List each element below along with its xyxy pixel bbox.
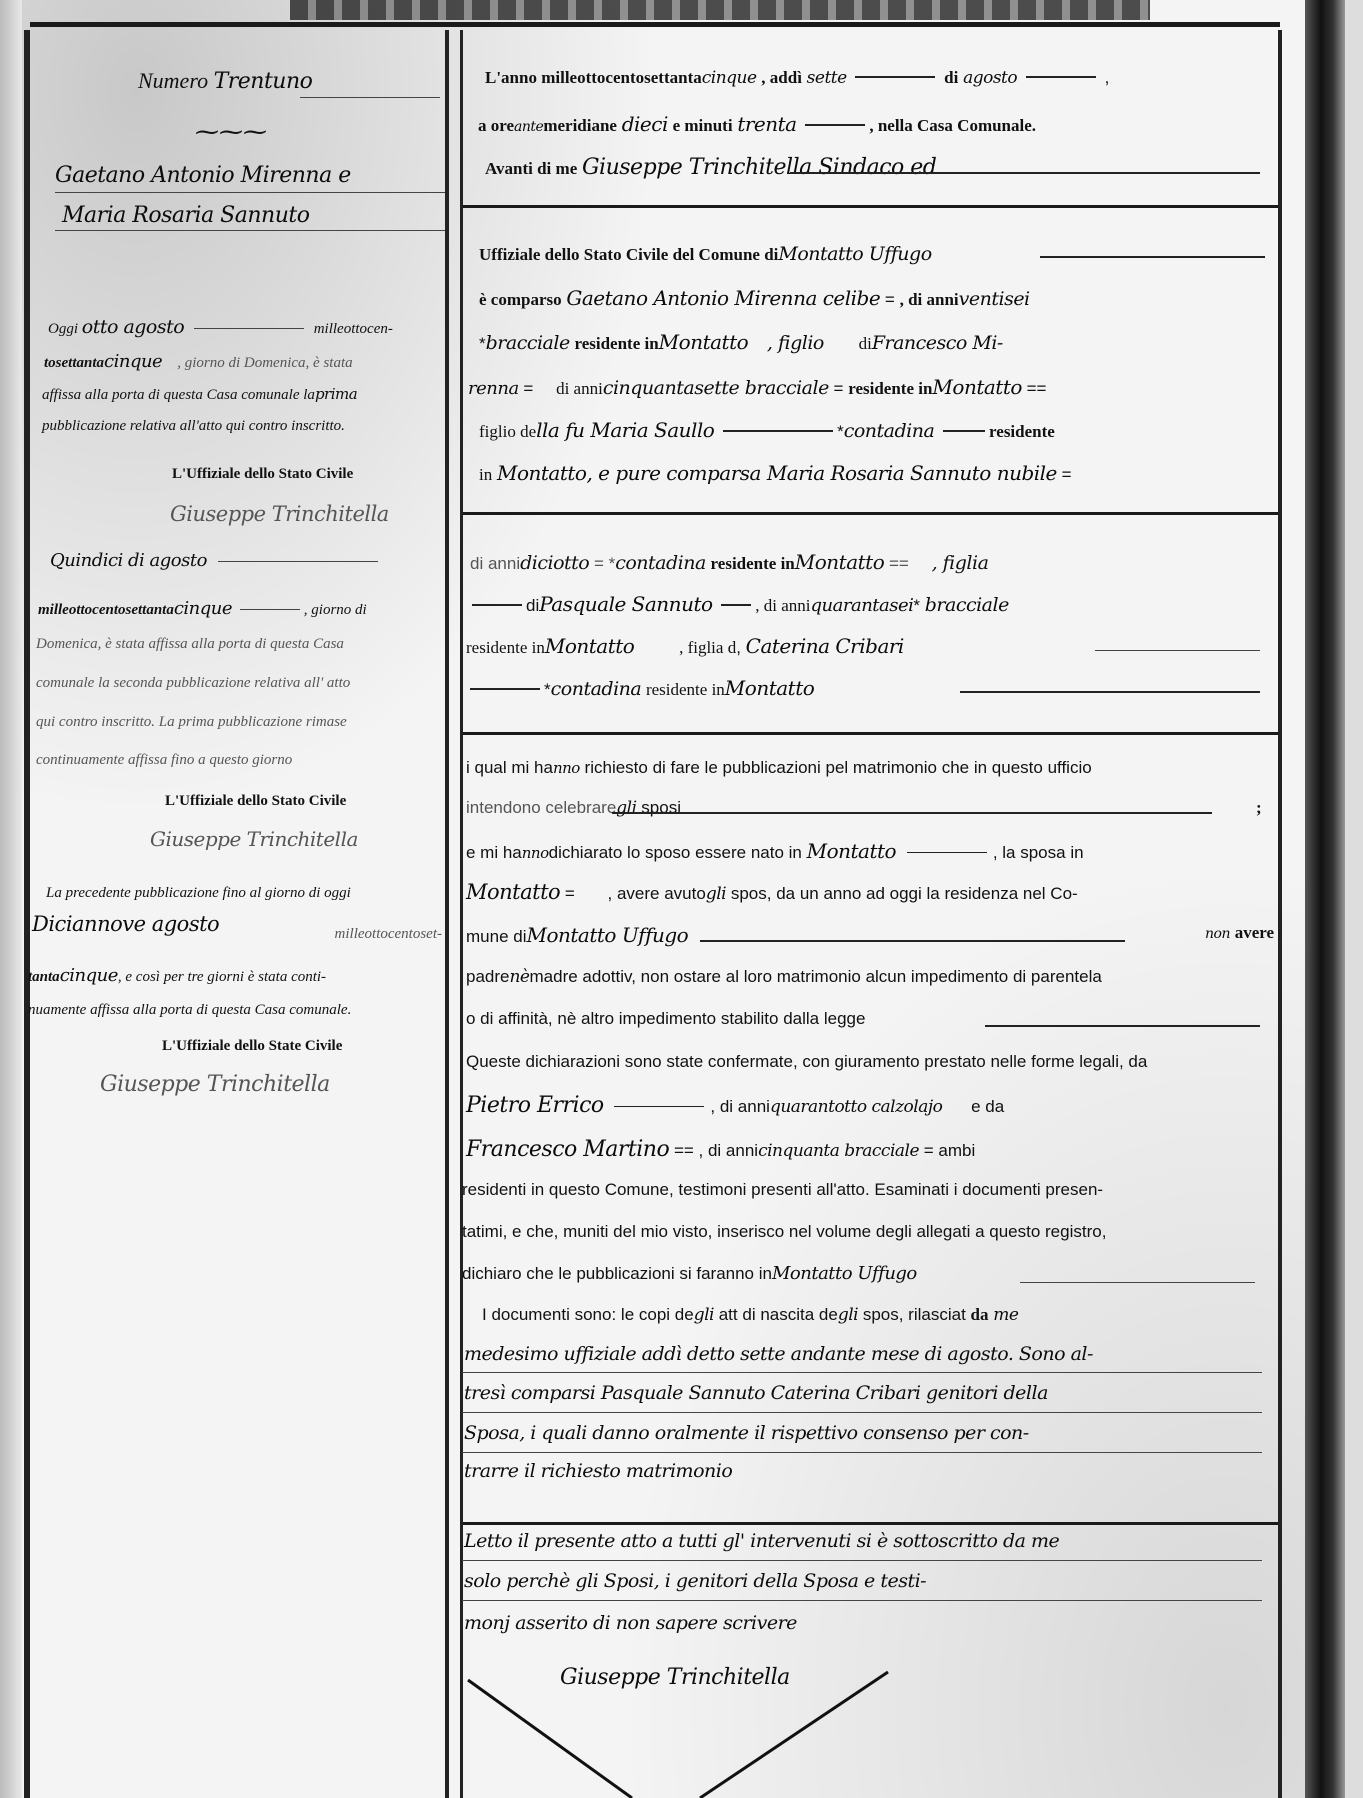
text: richiesto di fare le pubblicazioni pel m…: [585, 758, 1092, 777]
handwritten-father-age: quarantasei: [811, 595, 914, 616]
text: residente: [989, 422, 1055, 441]
handwritten-ante: ante: [514, 119, 543, 135]
handwritten-bride-mother: Caterina Cribari: [746, 634, 904, 658]
final-note-line2: Diciannove agosto milleottocentoset-: [32, 912, 442, 936]
handwritten-article: gli: [616, 798, 636, 818]
s4-line10: Francesco Martino == , di annicinquanta …: [466, 1137, 975, 1162]
text: da: [971, 1305, 989, 1324]
text: è comparso: [479, 290, 562, 309]
numero-label: Numero: [138, 68, 208, 93]
handwritten-month: agosto: [963, 68, 1017, 88]
book-binding-shadow: [1305, 0, 1345, 1798]
text: , giorno di: [304, 602, 367, 618]
names-rule-2: [55, 230, 445, 231]
s4-handwritten-line17: Sposa, i quali danno oralmente il rispet…: [464, 1422, 1029, 1444]
text: di: [944, 68, 958, 87]
handwritten-comune: Montatto Uffugo: [526, 923, 688, 947]
handwritten-residence: Montatto: [725, 676, 814, 700]
text: , e così per tre giorni è stata conti-: [118, 969, 326, 985]
text: L'anno milleottocentosettanta: [485, 68, 702, 87]
s1-fill-line: [790, 172, 1260, 174]
text: , figlia d: [679, 638, 736, 657]
s2-line6: in Montatto, e pure comparsa Maria Rosar…: [479, 461, 1072, 485]
text: residente in: [848, 379, 932, 398]
spouses-names-line1: Gaetano Antonio Mirenna e: [55, 163, 351, 188]
s4-line11: residenti in questo Comune, testimoni pr…: [462, 1180, 1103, 1200]
s3-line2: diPasquale Sannuto , di anniquarantasei*…: [468, 592, 1009, 616]
final-note-line1: La precedente pubblicazione fino al gior…: [46, 885, 351, 902]
handwritten-ordinal: prima: [315, 385, 357, 403]
handwritten-residence: Montatto: [932, 375, 1021, 399]
text: di anni: [470, 554, 520, 573]
text: residente in: [574, 334, 658, 353]
handwritten-hour: dieci: [622, 112, 668, 136]
text: de: [675, 1305, 694, 1324]
ruled-line: [462, 1600, 1262, 1601]
text: residente in: [646, 680, 725, 699]
handwritten-occupation: contadina: [551, 678, 642, 700]
s4-line13: dichiaro che le pubblicazioni si faranno…: [462, 1263, 917, 1284]
text: i qual: [466, 758, 507, 777]
s4-line4: Montatto = , avere avutogli spos, da un …: [466, 880, 1078, 904]
text: Oggi: [48, 321, 78, 337]
text: spos: [731, 884, 767, 903]
s5-handwritten-line3: monj asserito di non sapere scrivere: [464, 1612, 797, 1634]
handwritten-mayor-name: Giuseppe Trinchitella Sindaco ed: [582, 155, 936, 180]
handwritten-mother-name: lla fu Maria Saullo: [536, 418, 714, 442]
text: di: [859, 334, 872, 353]
text: dichiaro che le pubblicazioni si faranno…: [462, 1264, 772, 1283]
s1-line3: Avanti di me Giuseppe Trinchitella Sinda…: [485, 155, 936, 180]
first-pub-line3: affissa alla porta di questa Casa comuna…: [42, 385, 357, 404]
handwritten-residence: Montatto: [659, 330, 748, 354]
s4-fill-line-3: [985, 1025, 1260, 1027]
first-pub-line4: pubblicazione relativa all'atto qui cont…: [42, 418, 345, 435]
handwritten-relation: , figlio: [767, 332, 824, 354]
text: residente in: [711, 554, 795, 573]
handwritten-day: sette: [807, 68, 847, 88]
s4-fill-line-2: [700, 940, 1125, 942]
text: avere: [1235, 923, 1274, 942]
text: affissa alla porta di questa Casa comuna…: [42, 387, 315, 403]
handwritten-witness2-details: cinquanta bracciale: [758, 1141, 919, 1161]
ruled-line: [462, 1412, 1262, 1413]
text: , addì: [761, 68, 802, 87]
handwritten-year: cinque: [174, 598, 232, 619]
s4-line8: Queste dichiarazioni sono state conferma…: [466, 1052, 1147, 1072]
section-separator-3: [463, 732, 1278, 735]
handwritten-occupation: bracciale: [925, 594, 1009, 616]
text: intendono celebrare: [466, 798, 616, 817]
s2-line3: *bracciale residente inMontatto , figlio…: [479, 330, 1003, 354]
text: , non ostare al loro matrimonio alcun im…: [631, 967, 1102, 986]
s4-line7: o di affinità, nè altro impedimento stab…: [466, 1009, 865, 1029]
page-left-edge: [0, 0, 22, 1798]
handwritten-bride-age: diciotto: [520, 552, 589, 574]
handwritten-bride-birthplace: Montatto: [466, 880, 560, 904]
s4-fill-line-4: [1020, 1282, 1255, 1283]
text: ambi: [938, 1141, 975, 1160]
s4-fill-line-1: [612, 812, 1212, 814]
frame-top-border: [30, 22, 1280, 27]
s4-handwritten-line18: trarre il richiesto matrimonio: [464, 1460, 732, 1482]
handwritten-date: Diciannove agosto: [32, 912, 219, 936]
handwritten-plural: nno: [553, 759, 580, 777]
handwritten-witness1-name: Pietro Errico: [466, 1093, 604, 1118]
handwritten-occupation: bracciale: [486, 332, 570, 354]
s2-line2: è comparso Gaetano Antonio Mirenna celib…: [479, 286, 1030, 310]
text: , nella Casa Comunale.: [869, 116, 1036, 135]
record-number: Numero Trentuno: [138, 68, 312, 94]
officer-signature-1: Giuseppe Trinchitella: [170, 502, 389, 526]
s1-line2: a oreantemeridiane dieci e minuti trenta…: [478, 112, 1036, 136]
text: dichiarato lo sposo essere nato in: [549, 843, 802, 862]
text: in: [479, 465, 492, 484]
text: milleottocen-: [314, 321, 393, 337]
s4-handwritten-line16: tresì comparsi Pasquale Sannuto Caterina…: [464, 1382, 1048, 1404]
text: milleottocentoset-: [335, 926, 442, 943]
handwritten-plural: nno: [522, 844, 549, 862]
handwritten-father-name: Francesco Mi-: [872, 332, 1003, 354]
text: , avere avuto: [608, 884, 706, 903]
s2-line4: renna = di annicinquantasette bracciale …: [468, 375, 1047, 399]
second-pub-line4: comunale la seconda pubblicazione relati…: [36, 675, 350, 692]
s3-fill-line-2: [960, 691, 1260, 693]
handwritten-date: Quindici di agosto: [50, 550, 207, 571]
handwritten-relation: , figlia: [932, 552, 989, 574]
facing-page-edge: [1345, 0, 1363, 1798]
officer-label-3: L'Uffiziale dello State Civile: [162, 1038, 342, 1055]
handwritten-groom-birthplace: Montatto: [807, 839, 896, 863]
text: padre: [466, 967, 509, 986]
semicolon: ;: [1256, 798, 1262, 818]
ruled-line: [462, 1372, 1262, 1373]
text: att: [719, 1305, 738, 1324]
text: e da: [971, 1097, 1004, 1116]
section-separator-2: [463, 512, 1278, 515]
text: da un anno ad oggi la residenza nel Co-: [776, 884, 1078, 903]
text: milleottocentosettanta: [38, 602, 174, 618]
text: tanta: [28, 969, 60, 985]
s5-handwritten-line2: solo perchè gli Sposi, i genitori della …: [464, 1570, 926, 1592]
second-pub-line6: continuamente affissa fino a questo gior…: [36, 752, 292, 769]
s4-line3: e mi hannodichiarato lo sposo essere nat…: [466, 839, 1084, 863]
handwritten-year: cinque: [702, 68, 757, 88]
officer-label-2: L'Uffiziale dello Stato Civile: [165, 793, 346, 810]
handwritten-publication-place: Montatto Uffugo: [772, 1263, 917, 1284]
officer-signature-2: Giuseppe Trinchitella: [150, 827, 358, 851]
text: , di anni: [755, 596, 810, 615]
handwritten-witness1-details: quarantotto calzolajo: [770, 1097, 942, 1117]
s2-line1: Uffiziale dello Stato Civile del Comune …: [479, 243, 932, 265]
ruled-line: [462, 1452, 1262, 1453]
text: sposi: [641, 798, 681, 817]
text: I documenti sono: le copi: [482, 1305, 670, 1324]
text: meridiane: [543, 116, 617, 135]
ruled-line: [462, 1560, 1262, 1561]
second-pub-line5: qui contro inscritto. La prima pubblicaz…: [36, 714, 347, 731]
handwritten-residence: Montatto: [795, 550, 884, 574]
s5-handwritten-line1: Letto il presente atto a tutti gl' inter…: [464, 1530, 1059, 1552]
section-separator-4: [463, 1522, 1278, 1525]
names-rule-1: [55, 192, 445, 193]
s4-line14: I documenti sono: le copi degli att di n…: [482, 1305, 1018, 1325]
text: e mi ha: [466, 843, 522, 862]
text: mune di: [466, 927, 526, 946]
second-pub-line2: milleottocentosettantacinque , giorno di: [38, 598, 367, 619]
handwritten-witness2-name: Francesco Martino: [466, 1137, 669, 1162]
text: residente in: [466, 638, 545, 657]
s4-line12: tatimi, e che, muniti del mio visto, ins…: [462, 1222, 1106, 1242]
s4-line1: i qual mi hanno richiesto di fare le pub…: [466, 758, 1092, 778]
text: mi ha: [511, 758, 553, 777]
text: , di anni: [900, 290, 959, 309]
handwritten-comune: Montatto Uffugo: [778, 243, 931, 265]
text: Uffiziale dello Stato Civile del Comune …: [479, 245, 778, 264]
numero-value: Trentuno: [214, 69, 313, 94]
text: , di anni: [710, 1097, 770, 1116]
text: di nascita de: [742, 1305, 837, 1324]
section-separator-1: [463, 205, 1278, 208]
s4-line6: padrenèmadre adottiv, non ostare al loro…: [466, 967, 1102, 987]
s2-line5: figlio della fu Maria Saullo *contadina …: [479, 418, 1055, 442]
handwritten-occupation: contadina: [615, 552, 706, 574]
numero-line: [300, 97, 440, 98]
handwritten-year: cinque: [60, 965, 118, 986]
s4-line2: intendono celebraregli sposi: [466, 798, 681, 818]
s4-line5-end: non avere: [1205, 923, 1274, 943]
s4-line5: mune diMontatto Uffugo: [466, 923, 688, 947]
handwritten-minutes: trenta: [737, 112, 796, 136]
final-note-line4: nuamente affissa alla porta di questa Ca…: [28, 1002, 351, 1019]
flourish: ⁓⁓⁓: [195, 118, 267, 147]
first-pub-line2: tosettantacinque , giorno di Domenica, è…: [44, 351, 353, 372]
cut-off-page-heading: [290, 0, 1150, 20]
s3-line1: di annidiciotto = *contadina residente i…: [470, 550, 988, 574]
text: figlio de: [479, 422, 536, 441]
text: spos: [863, 1305, 899, 1324]
handwritten-date: otto agosto: [82, 316, 184, 338]
final-note-line3: tantacinque, e così per tre giorni è sta…: [28, 965, 326, 986]
spouses-names-line2: Maria Rosaria Sannuto: [62, 203, 309, 228]
text: madre adottiv: [530, 967, 632, 986]
closing-chevron-lines: [460, 1660, 1280, 1798]
officer-signature-3: Giuseppe Trinchitella: [100, 1072, 330, 1097]
handwritten-bride-intro: Montatto, e pure comparsa Maria Rosaria …: [497, 461, 1057, 485]
text: , di anni: [699, 1141, 759, 1160]
s3-fill-line-1: [1095, 650, 1260, 651]
handwritten-conj: nè: [509, 967, 529, 987]
text: , la sposa in: [993, 843, 1084, 862]
s3-line4: *contadina residente inMontatto: [466, 676, 814, 700]
text: , rilasciat: [899, 1305, 966, 1324]
s1-line1: L'anno milleottocentosettantacinque , ad…: [485, 68, 1109, 88]
text: di: [526, 596, 539, 615]
s2-fill-line: [1040, 256, 1265, 258]
s3-line3: residente inMontatto , figlia d, Caterin…: [466, 634, 904, 658]
handwritten-occupation: contadina: [844, 420, 935, 442]
handwritten-article: gli: [694, 1305, 714, 1325]
second-pub-line1: Quindici di agosto: [50, 550, 384, 571]
s4-handwritten-line15: medesimo uffiziale addì detto sette anda…: [464, 1343, 1093, 1365]
handwritten-surname-cont: renna: [468, 378, 519, 399]
handwritten-groom-name: Gaetano Antonio Mirenna celibe: [566, 286, 880, 310]
text: a ore: [478, 116, 514, 135]
handwritten-groom-age: ventisei: [959, 288, 1030, 310]
handwritten-pronoun: me: [993, 1305, 1018, 1325]
text: Avanti di me: [485, 159, 577, 178]
handwritten-father-age: cinquantasette bracciale: [603, 377, 829, 399]
handwritten-year: cinque: [104, 351, 162, 372]
text: di anni: [556, 379, 603, 398]
officer-label-1: L'Uffiziale dello Stato Civile: [172, 466, 353, 483]
handwritten-bride-father: Pasquale Sannuto: [539, 592, 712, 616]
handwritten-article: gli: [706, 884, 726, 904]
s4-line9: Pietro Errico , di anniquarantotto calzo…: [466, 1093, 1004, 1118]
handwritten-residence: Montatto: [545, 634, 634, 658]
first-pub-line1: Oggi otto agosto milleottocen-: [48, 316, 393, 338]
text: tosettanta: [44, 355, 104, 371]
second-pub-line3: Domenica, è stata affissa alla porta di …: [36, 636, 344, 653]
text: e minuti: [673, 116, 733, 135]
handwritten-negation: non: [1205, 926, 1230, 942]
handwritten-article: gli: [838, 1305, 858, 1325]
text: , giorno di Domenica, è stata: [177, 355, 352, 371]
